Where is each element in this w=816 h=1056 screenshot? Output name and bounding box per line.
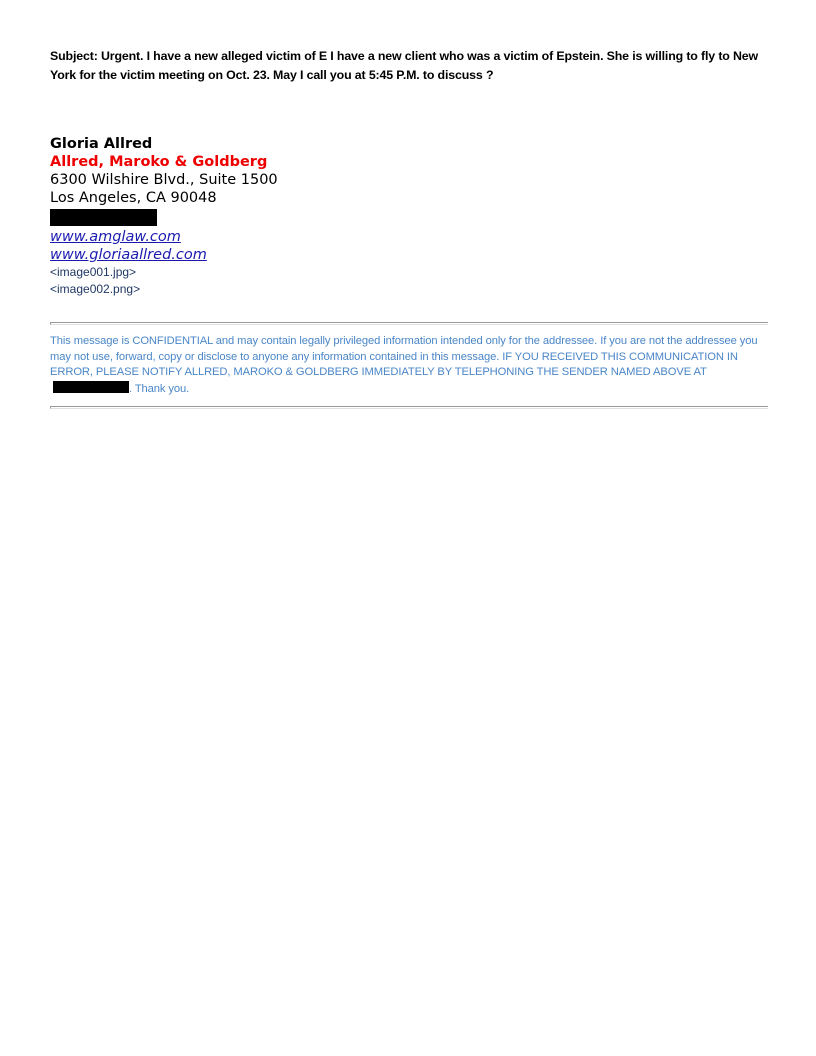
sender-name: Gloria Allred xyxy=(50,135,278,153)
link-amglaw[interactable]: www.amglaw.com xyxy=(50,228,278,246)
redacted-phone xyxy=(50,209,157,226)
link-gloriaallred[interactable]: www.gloriaallred.com xyxy=(50,246,278,264)
divider-bottom xyxy=(50,406,768,409)
confidentiality-disclaimer: This message is CONFIDENTIAL and may con… xyxy=(50,334,770,397)
email-subject: Subject: Urgent. I have a new alleged vi… xyxy=(50,47,770,85)
disclaimer-closing: . Thank you. xyxy=(129,383,189,395)
address-line-1: 6300 Wilshire Blvd., Suite 1500 xyxy=(50,171,278,189)
firm-name: Allred, Maroko & Goldberg xyxy=(50,153,278,171)
address-line-2: Los Angeles, CA 90048 xyxy=(50,189,278,207)
attachment-image001: <image001.jpg> xyxy=(50,264,278,281)
email-signature: Gloria Allred Allred, Maroko & Goldberg … xyxy=(50,135,278,298)
disclaimer-text: This message is CONFIDENTIAL and may con… xyxy=(50,335,757,378)
divider-top xyxy=(50,322,768,325)
attachment-image002: <image002.png> xyxy=(50,281,278,298)
redacted-phone-inline xyxy=(53,381,129,393)
